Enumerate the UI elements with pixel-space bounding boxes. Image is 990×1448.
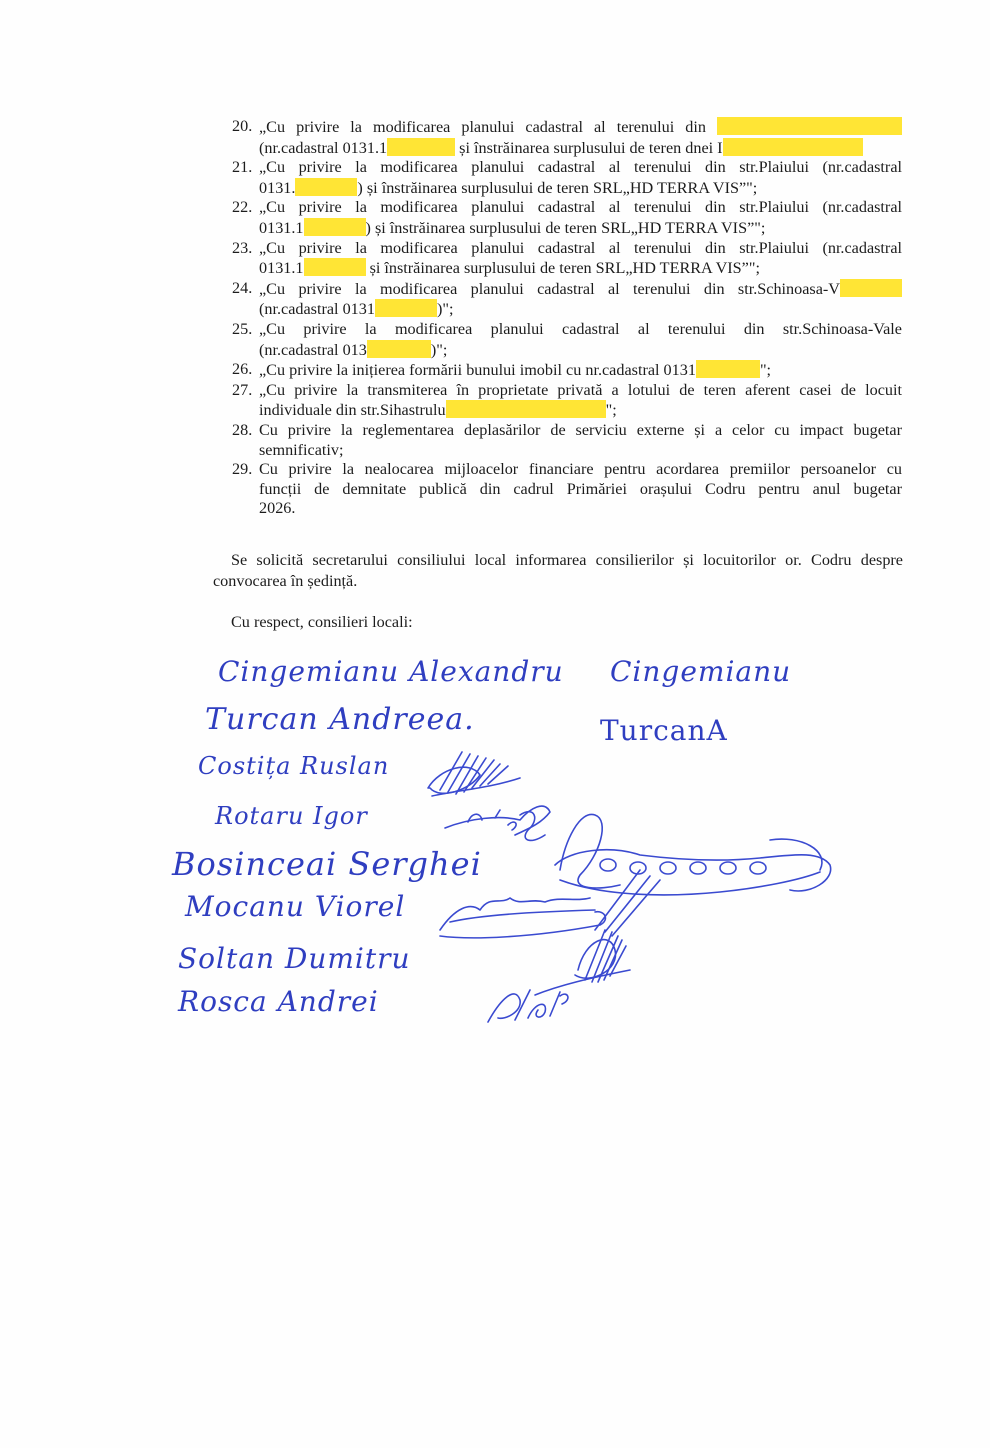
agenda-item-line: „Cu privire la transmiterea în proprieta… — [259, 381, 902, 401]
agenda-item-22: 22.„Cu privire la modificarea planului c… — [232, 198, 902, 238]
agenda-list: 20.„Cu privire la modificarea planului c… — [232, 117, 902, 519]
agenda-item-number: 22. — [232, 198, 259, 218]
agenda-item-27: 27.„Cu privire la transmiterea în propri… — [232, 381, 902, 421]
redaction-box — [304, 218, 366, 236]
agenda-item-line: „Cu privire la modificarea planului cada… — [259, 239, 902, 259]
signature-3-scribble — [428, 752, 520, 796]
agenda-item-29: 29.Cu privire la nealocarea mijloacelor … — [232, 460, 902, 519]
redaction-box — [840, 279, 902, 297]
request-line-2: convocarea în ședință. — [213, 571, 903, 592]
agenda-item-24: 24.„Cu privire la modificarea planului c… — [232, 279, 902, 320]
request-line-1: Se solicită secretarului consiliului loc… — [213, 550, 903, 571]
agenda-item-line: „Cu privire la modificarea planului cada… — [259, 198, 902, 218]
redaction-box — [723, 138, 863, 156]
agenda-item-number: 28. — [232, 421, 259, 441]
agenda-item-line: 0131.1 și înstrăinarea surplusului de te… — [259, 258, 902, 279]
agenda-item-23: 23.„Cu privire la modificarea planului c… — [232, 239, 902, 279]
agenda-item-line: „Cu privire la modificarea planului cada… — [259, 158, 902, 178]
agenda-item-number: 24. — [232, 279, 259, 299]
agenda-item-20: 20.„Cu privire la modificarea planului c… — [232, 117, 902, 158]
agenda-item-line: funcții de demnitate publică din cadrul … — [259, 480, 902, 500]
signature-scribbles — [0, 640, 990, 1060]
redaction-box — [696, 360, 760, 378]
agenda-item-line: semnificativ; — [259, 441, 902, 461]
agenda-item-line: 2026. — [259, 499, 902, 519]
agenda-item-line: individuale din str.Sihastrulu"; — [259, 400, 902, 421]
closing-line: Cu respect, consilieri locali: — [213, 612, 903, 633]
agenda-item-line: (nr.cadastral 0131.1 și înstrăinarea sur… — [259, 138, 902, 159]
agenda-item-25: 25.„Cu privire la modificarea planului c… — [232, 320, 902, 360]
agenda-item-number: 27. — [232, 381, 259, 401]
redaction-box — [375, 299, 437, 317]
agenda-item-line: Cu privire la reglementarea deplasărilor… — [259, 421, 902, 441]
redaction-box — [304, 258, 366, 276]
signature-4-scribble — [445, 806, 550, 840]
closing-text: Cu respect, consilieri locali: — [213, 612, 903, 633]
agenda-item-line: „Cu privire la modificarea planului cada… — [259, 279, 902, 300]
agenda-item-number: 26. — [232, 360, 259, 380]
request-paragraph: Se solicită secretarului consiliului loc… — [213, 550, 903, 592]
signature-6-scribble — [440, 870, 660, 938]
signature-block: Cingemianu Alexandru Cingemianu Turcan A… — [0, 640, 990, 1060]
redaction-box — [717, 117, 902, 135]
agenda-item-28: 28.Cu privire la reglementarea deplasări… — [232, 421, 902, 460]
redaction-box — [387, 138, 455, 156]
agenda-item-number: 29. — [232, 460, 259, 480]
agenda-item-line: Cu privire la nealocarea mijloacelor fin… — [259, 460, 902, 480]
redaction-box — [446, 400, 606, 418]
agenda-item-line: (nr.cadastral 0131)"; — [259, 299, 902, 320]
agenda-item-line: 0131.) și înstrăinarea surplusului de te… — [259, 178, 902, 199]
agenda-item-number: 20. — [232, 117, 259, 137]
document-page: 20.„Cu privire la modificarea planului c… — [0, 0, 990, 1448]
agenda-item-line: „Cu privire la modificarea planului cada… — [259, 117, 902, 138]
agenda-item-line: „Cu privire la modificarea planului cada… — [259, 320, 902, 340]
agenda-item-line: (nr.cadastral 013)"; — [259, 340, 902, 361]
signature-5-scribble — [555, 814, 831, 894]
agenda-item-line: 0131.1) și înstrăinarea surplusului de t… — [259, 218, 902, 239]
agenda-item-number: 23. — [232, 239, 259, 259]
agenda-item-21: 21.„Cu privire la modificarea planului c… — [232, 158, 902, 198]
signature-8-scribble — [488, 990, 568, 1022]
agenda-item-line: „Cu privire la inițierea formării bunulu… — [259, 360, 902, 381]
agenda-item-number: 21. — [232, 158, 259, 178]
redaction-box — [367, 340, 431, 358]
signature-7-scribble — [535, 930, 630, 995]
agenda-item-26: 26.„Cu privire la inițierea formării bun… — [232, 360, 902, 381]
redaction-box — [295, 178, 357, 196]
agenda-item-number: 25. — [232, 320, 259, 340]
